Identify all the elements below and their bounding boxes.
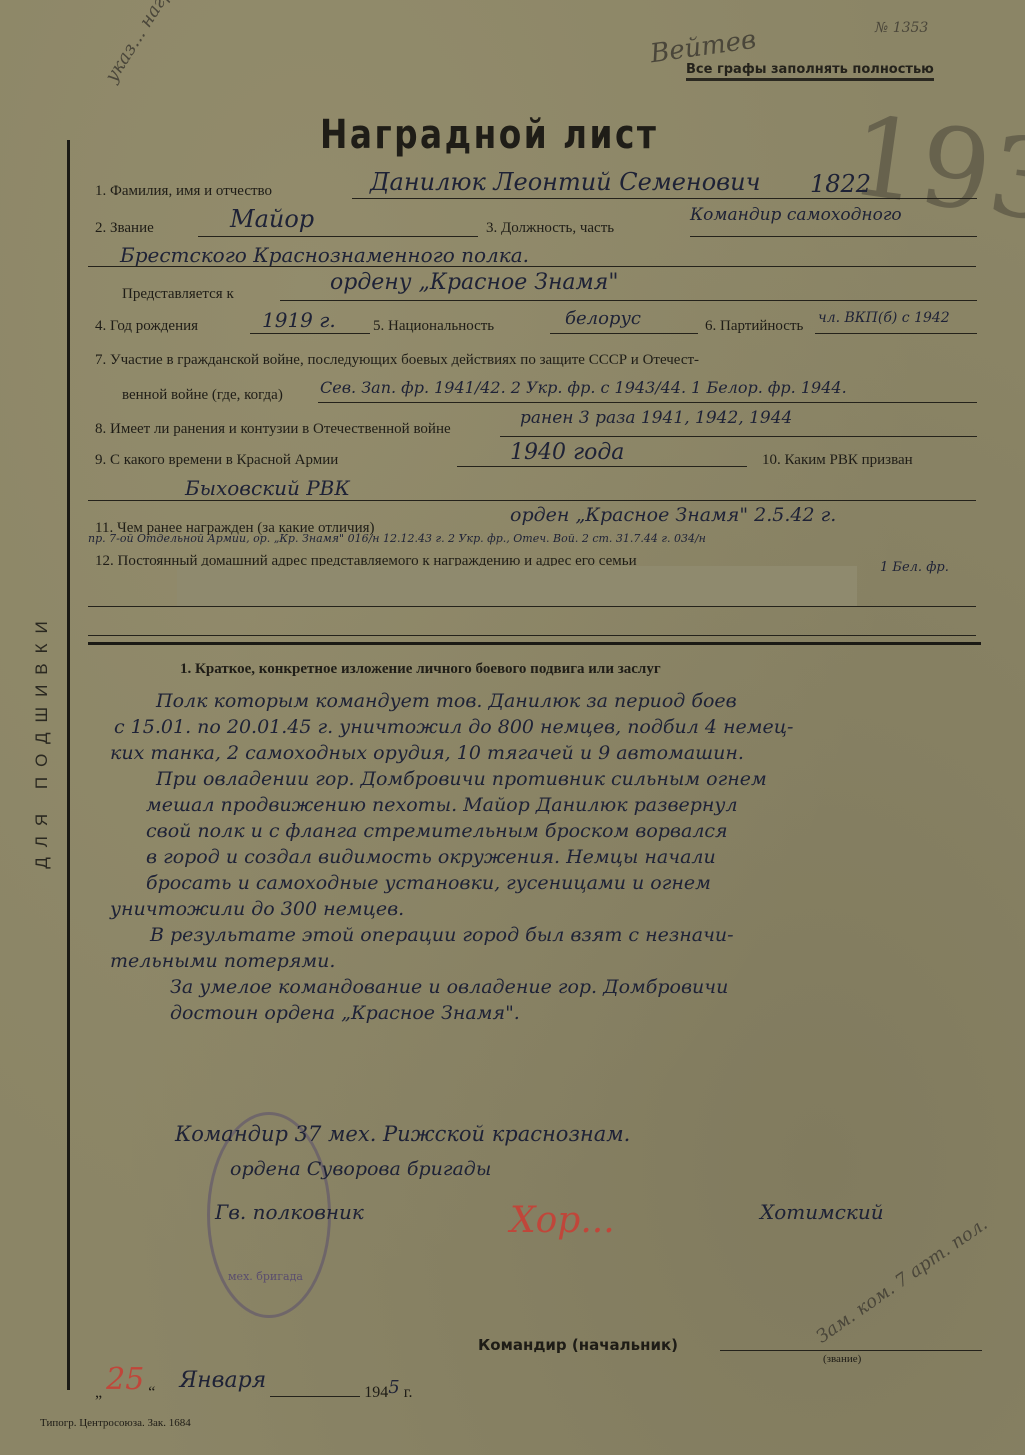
field-3-label: 3. Должность, часть [486,220,614,237]
field-9-underline [457,466,747,467]
narrative-line: бросать и самоходные установки, гусеница… [110,870,980,896]
presented-to-label: Представляется к [122,286,234,303]
field-2-underline [198,236,478,237]
field-2-rank-value: Майор [230,205,314,233]
field-9-army-since-value: 1940 года [510,440,624,465]
field-10-underline [88,500,976,501]
field-4-label: 4. Год рождения [95,318,198,335]
field-6-underline [815,333,977,334]
presented-to-value: ордену „Красное Знамя" [330,270,618,295]
document-number: № 1353 [875,20,928,36]
date-day: 25 [106,1362,144,1397]
narrative-line: мешал продвижению пехоты. Майор Данилюк … [110,792,980,818]
rank-caption: (звание) [823,1353,861,1365]
field-4-underline [250,333,370,334]
field-11-awards-value: орден „Красное Знамя" 2.5.42 г. [510,504,836,526]
field-7-underline [318,402,977,403]
narrative-line: Полк которым командует тов. Данилюк за п… [110,688,980,714]
commander-signature-line-2: ордена Суворова бригады [230,1158,491,1180]
commander-label: Командир (начальник) [478,1336,678,1354]
field-7-service-value: Сев. Зап. фр. 1941/42. 2 Укр. фр. с 1943… [320,378,847,397]
field-8-label: 8. Имеет ли ранения и контузии в Отечест… [95,421,451,438]
date-year-suffix: 5 [388,1377,399,1398]
stamp-text: мех. бригада [228,1270,303,1283]
field-2-label: 2. Звание [95,220,154,237]
field-5-label: 5. Национальность [373,318,494,335]
narrative-line: свой полк и с фланга стремительным броск… [110,818,980,844]
date-year-prefix: 194 [364,1384,388,1401]
field-11-awards-continuation-2: 1 Бел. фр. [880,560,949,575]
narrative-line: уничтожили до 300 немцев. [110,896,980,922]
merit-section-heading: 1. Краткое, конкретное изложение личного… [180,661,661,678]
field-9-label: 9. С какого времени в Красной Армии [95,452,338,469]
field-10-label: 10. Каким РВК призван [762,452,913,469]
binding-margin-line [67,140,70,1390]
field-7-label-line2: венной войне (где, когда) [122,387,283,404]
narrative-line: ких танка, 2 самоходных орудия, 10 тягач… [110,740,980,766]
redacted-address-block [177,566,857,606]
field-8-wounds-value: ранен 3 раза 1941, 1942, 1944 [520,408,792,428]
date-line: „ 25 “ Января 1945 г. [95,1370,412,1405]
narrative-line: тельными потерями. [110,948,980,974]
field-4-birth-year-value: 1919 г. [262,308,336,332]
merit-narrative: Полк которым командует тов. Данилюк за п… [110,688,980,1026]
field-12-underline-1 [88,606,976,607]
date-month: Января [179,1368,266,1393]
field-6-label: 6. Партийность [705,318,803,335]
field-5-nationality-value: белорус [565,308,641,329]
section-divider-rule [88,642,981,645]
date-suffix: г. [404,1384,413,1401]
binding-label: ДЛЯ ПОДШИВКИ [22,540,62,940]
narrative-line: При овладении гор. Домбровичи противник … [110,766,980,792]
binding-label-text: ДЛЯ ПОДШИВКИ [32,611,52,869]
field-1-label: 1. Фамилия, имя и отчество [95,183,272,200]
narrative-line: За умелое командование и овладение гор. … [110,974,980,1000]
field-3-underline [690,236,977,237]
narrative-line: достоин ордена „Красное Знамя". [110,1000,980,1026]
commander-signature-line-3: Гв. полковник [215,1200,364,1224]
fill-all-fields-note: Все графы заполнять полностью [686,62,934,81]
presented-to-underline [280,300,977,301]
commander-underline [720,1350,982,1351]
field-7-label-line1: 7. Участие в гражданской войне, последую… [95,352,699,369]
red-pencil-signature: Хор... [510,1200,615,1241]
field-3-position-value: Командир самоходного [690,205,902,225]
field-3-position-continuation: Брестского Краснознаменного полка. [120,243,529,267]
field-3-continuation-underline [88,266,976,267]
field-1-underline [352,198,977,199]
field-8-underline [500,436,977,437]
field-6-party-value: чл. ВКП(б) с 1942 [818,310,950,326]
field-5-underline [550,333,698,334]
field-1-extra-number: 1822 [810,170,871,198]
field-1-name-value: Данилюк Леонтий Семенович [370,168,761,196]
commander-signature-line-1: Командир 37 мех. Рижской краснознам. [175,1122,630,1146]
printer-imprint: Типогр. Центросоюза. Зак. 1684 [40,1417,191,1429]
signer-name: Хотимский [760,1200,884,1224]
field-11-awards-continuation: пр. 7-ой Отдельной Армии, ор. „Кр. Знамя… [88,532,706,545]
field-12-underline-2 [88,635,976,636]
narrative-line: В результате этой операции город был взя… [110,922,980,948]
document-title: Наградной лист [320,112,658,158]
narrative-line: в город и создал видимость окружения. Не… [110,844,980,870]
field-10-rvk-value: Быховский РВК [185,476,350,500]
narrative-line: с 15.01. по 20.01.45 г. уничтожил до 800… [110,714,980,740]
